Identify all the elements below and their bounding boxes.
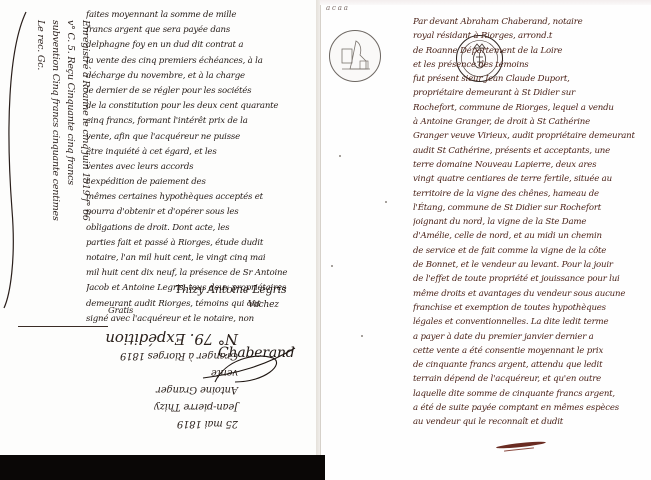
top-notes: a c a a bbox=[326, 5, 348, 12]
paper-speck bbox=[339, 155, 341, 157]
docket-line: 25 mai 1819 bbox=[18, 415, 238, 432]
text-line: mêmes certaines hypothèques acceptés et bbox=[86, 190, 318, 205]
text-line: de cinquante francs argent, attendu que … bbox=[413, 358, 649, 372]
text-line: terre domaine Nouveau Lapierre, deux are… bbox=[413, 158, 649, 172]
parties-signatures: Thizy Antoine Legris bbox=[175, 283, 286, 296]
text-line: notaire, l'an mil huit cent, le vingt ci… bbox=[86, 251, 318, 266]
text-line: cinq francs, formant l'intérêt prix de l… bbox=[86, 114, 318, 129]
text-line: obligations de droit. Dont acte, les bbox=[86, 221, 318, 236]
text-line: même droits et avantages du vendeur sous… bbox=[413, 287, 649, 301]
text-line: joignant du nord, la vigne de la Ste Dam… bbox=[413, 215, 649, 229]
text-line: pourra d'obtenir et d'opérer sous les bbox=[86, 205, 318, 220]
text-line: parties fait et passé à Riorges, étude d… bbox=[86, 236, 318, 251]
text-line: francs argent que sera payée dans bbox=[86, 23, 318, 38]
text-line: a été de suite payée comptant en mêmes e… bbox=[413, 401, 649, 415]
upside-down-docket: 25 mai 1819 Jean-pierre Thizy Antoine Gr… bbox=[18, 330, 238, 432]
witness-signature: Vachez bbox=[248, 300, 279, 310]
text-line: et les présence des témoins bbox=[413, 58, 649, 72]
text-line: d'Amélie, celle de nord, et au midi un c… bbox=[413, 229, 649, 243]
text-line: Rochefort, commune de Riorges, lequel a … bbox=[413, 101, 649, 115]
text-line: la vente des cinq premiers échéances, à … bbox=[86, 54, 318, 69]
paper-speck bbox=[331, 265, 333, 267]
text-line: franchise et exemption de toutes hypothè… bbox=[413, 301, 649, 315]
registration-line: Le rec. Gc. bbox=[33, 20, 48, 221]
text-line: royal résidant à Riorges, arrond.t bbox=[413, 29, 649, 43]
text-line: Granger veuve Virieux, audit propriétair… bbox=[413, 129, 649, 143]
registration-line: subvention Cinq francs cinquante centime… bbox=[48, 20, 63, 221]
left-page-body: faites moyennant la somme de mille franc… bbox=[86, 8, 318, 327]
text-line: être inquiété à cet égard, et les bbox=[86, 145, 318, 160]
registration-line: v° C. 5. Reçu Cinquante cinq francs bbox=[63, 20, 78, 221]
paper-speck bbox=[361, 335, 363, 337]
text-line: Par devant Abraham Chaberand, notaire bbox=[413, 15, 649, 29]
text-line: légales et conventionnelles. La dite led… bbox=[413, 315, 649, 329]
tax-stamp-icon bbox=[329, 30, 381, 82]
docket-line: vente bbox=[18, 364, 238, 381]
text-line: fut présent sieur Jean Claude Duport, bbox=[413, 72, 649, 86]
text-line: terrain dépend de l'acquéreur, et qu'en … bbox=[413, 372, 649, 386]
text-line: territoire de la vigne des chênes, hamea… bbox=[413, 187, 649, 201]
paper-speck bbox=[385, 201, 387, 203]
text-line: delphagne foy en un dud dit contrat a bbox=[86, 38, 318, 53]
text-line: au vendeur qui le reconnaît et dudit bbox=[413, 415, 649, 429]
right-page: a c a a Par devant Abraham Chaberand, no… bbox=[320, 5, 651, 480]
text-line: de Roanne Département de la Loire bbox=[413, 44, 649, 58]
text-line: mil huit cent dix neuf, la présence de S… bbox=[86, 266, 318, 281]
gratis-mark: Gratis bbox=[108, 306, 133, 316]
text-line: de service et de fait comme la vigne de … bbox=[413, 244, 649, 258]
text-line: laquelle dite somme de cinquante francs … bbox=[413, 387, 649, 401]
text-line: de l'effet de toute propriété et jouissa… bbox=[413, 272, 649, 286]
text-line: a payer à date du premier janvier dernie… bbox=[413, 330, 649, 344]
text-line: audit St Cathérine, présents et acceptan… bbox=[413, 144, 649, 158]
docket-line: Antoine Granger bbox=[18, 381, 238, 398]
text-line: ventes avec leurs accords bbox=[86, 160, 318, 175]
right-page-body: Par devant Abraham Chaberand, notaire ro… bbox=[413, 15, 649, 430]
scan-background-edge bbox=[0, 455, 325, 480]
text-line: faites moyennant la somme de mille bbox=[86, 8, 318, 23]
docket-line: N° 79. Expédition bbox=[18, 330, 238, 347]
text-line: le dernier de se régler pour les société… bbox=[86, 84, 318, 99]
text-line: l'expédition de paiement des bbox=[86, 175, 318, 190]
text-line: propriétaire demeurant à St Didier sur bbox=[413, 86, 649, 100]
divider-rule bbox=[18, 326, 108, 327]
docket-line: Granger à Riorges 1819 bbox=[18, 347, 238, 364]
text-line: vingt quatre centiares de terre fertile,… bbox=[413, 172, 649, 186]
margin-flourish-icon bbox=[2, 10, 32, 310]
text-line: cette vente a été consentie moyennant le… bbox=[413, 344, 649, 358]
text-line: à Antoine Granger, de droit à St Cathéri… bbox=[413, 115, 649, 129]
registration-margin-note: Enregistré à Roanne le cinq juin 1819 f°… bbox=[33, 20, 93, 221]
docket-line: Jean-pierre Thizy bbox=[18, 398, 238, 415]
left-page: Enregistré à Roanne le cinq juin 1819 f°… bbox=[0, 0, 319, 458]
text-line: de la constitution pour les deux cent qu… bbox=[86, 99, 318, 114]
text-line: de Bonnet, et le vendeur au levant. Pour… bbox=[413, 258, 649, 272]
text-line: vente, afin que l'acquéreur ne puisse bbox=[86, 130, 318, 145]
text-line: décharge du novembre, et à la charge bbox=[86, 69, 318, 84]
text-line: l'Étang, commune de St Didier sur Rochef… bbox=[413, 201, 649, 215]
